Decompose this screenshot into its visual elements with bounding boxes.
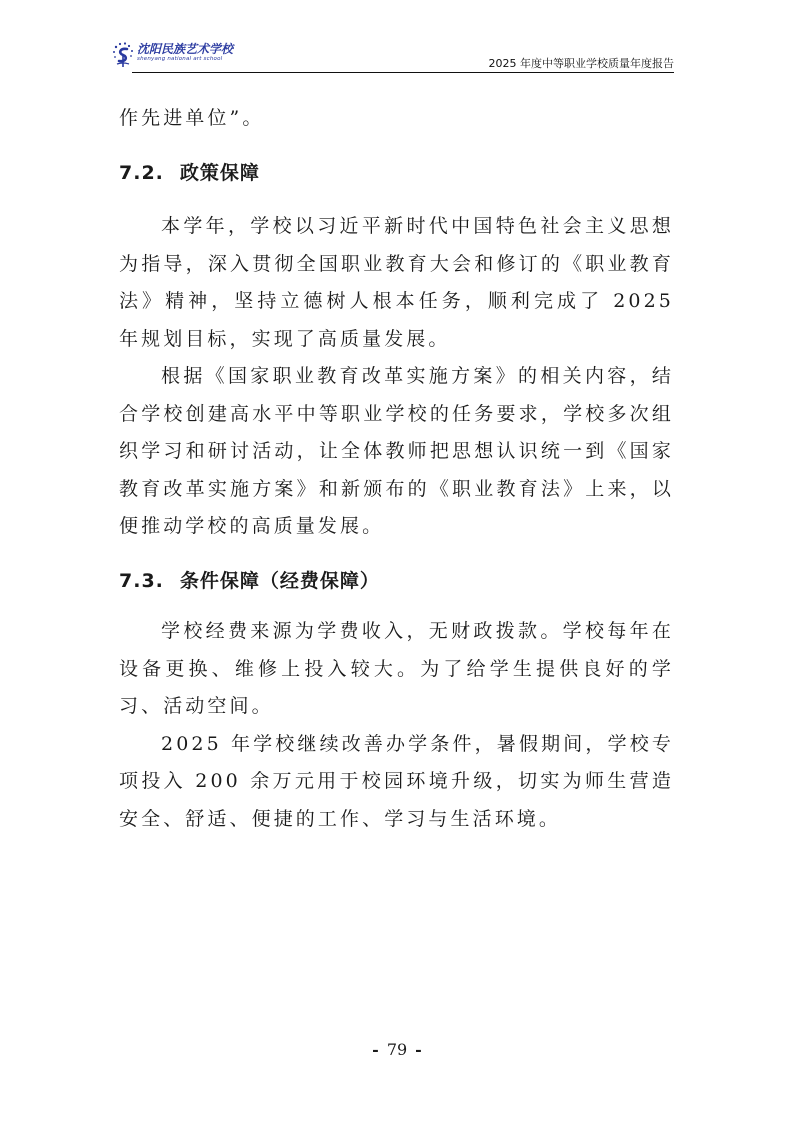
page-header: 沈阳民族艺术学校 shenyang national art school 20… [112, 40, 674, 74]
section-number: 7.3. [119, 570, 164, 592]
school-logo: 沈阳民族艺术学校 shenyang national art school [112, 42, 233, 72]
page-footer: -79- [0, 1040, 794, 1059]
page-number: 79 [387, 1040, 407, 1059]
section-body-7-2: 本学年，学校以习近平新时代中国特色社会主义思想为指导，深入贯彻全国职业教育大会和… [119, 208, 674, 546]
paragraph: 学校经费来源为学费收入，无财政拨款。学校每年在设备更换、维修上投入较大。为了给学… [119, 613, 674, 726]
section-heading-7-2: 7.2.政策保障 [119, 160, 260, 186]
dash-right: - [415, 1040, 422, 1059]
dash-left: - [372, 1040, 379, 1059]
school-emblem-icon [112, 42, 134, 68]
section-heading-7-3: 7.3.条件保障（经费保障） [119, 568, 380, 594]
paragraph: 本学年，学校以习近平新时代中国特色社会主义思想为指导，深入贯彻全国职业教育大会和… [119, 208, 674, 358]
section-title: 政策保障 [180, 162, 260, 184]
school-name-en: shenyang national art school [137, 56, 233, 63]
section-title: 条件保障（经费保障） [180, 570, 380, 592]
paragraph: 根据《国家职业教育改革实施方案》的相关内容，结合学校创建高水平中等职业学校的任务… [119, 358, 674, 546]
paragraph: 2025 年学校继续改善办学条件，暑假期间，学校专项投入 200 余万元用于校园… [119, 726, 674, 839]
report-title: 2025 年度中等职业学校质量年度报告 [489, 55, 675, 71]
section-number: 7.2. [119, 162, 164, 184]
school-name-cn: 沈阳民族艺术学校 [137, 42, 233, 56]
continuation-text: 作先进单位”。 [119, 100, 264, 138]
section-body-7-3: 学校经费来源为学费收入，无财政拨款。学校每年在设备更换、维修上投入较大。为了给学… [119, 613, 674, 838]
header-divider [132, 72, 674, 73]
